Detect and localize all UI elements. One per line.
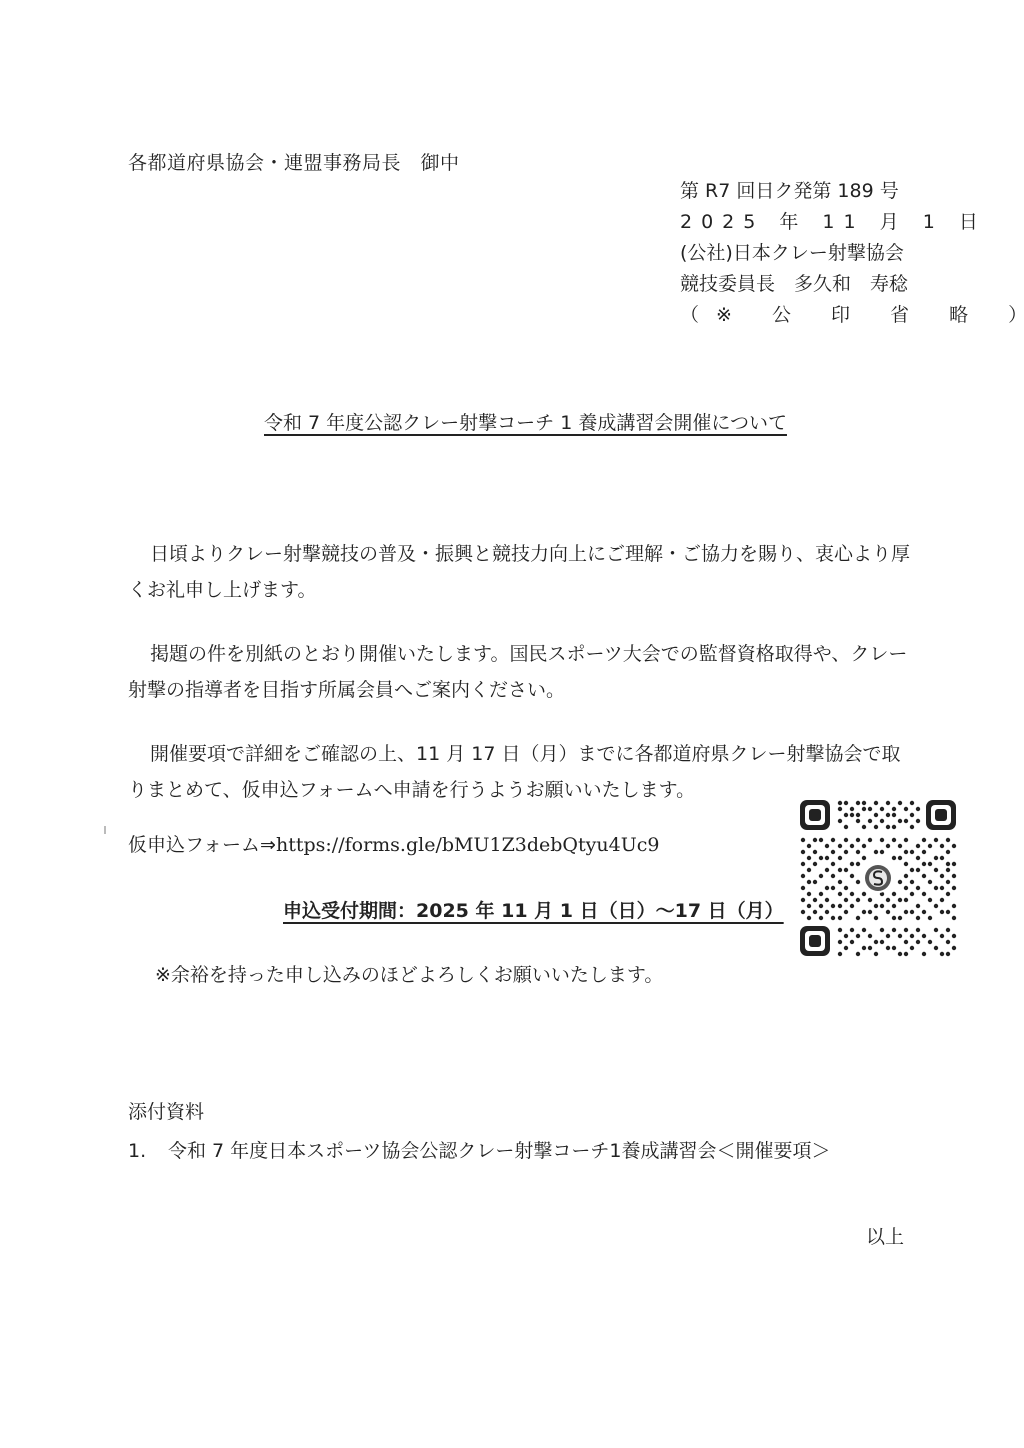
form-url-link[interactable]: https://forms.gle/bMU1Z3debQtyu4Uc9: [276, 834, 659, 856]
qr-code-icon[interactable]: [798, 798, 958, 958]
document-title: 令和 7 年度公認クレー射撃コーチ 1 養成講習会開催について: [264, 408, 787, 435]
paragraph-text: 開催要項で詳細をご確認の上、11 月 17 日（月）までに各都道府県クレー射撃協…: [128, 743, 900, 801]
seal-omitted-note: （※ 公 印 省 略 ）: [680, 300, 1024, 331]
greeting-paragraph: 日頃よりクレー射撃競技の普及・振興と競技力向上にご理解・ご協力を賜り、衷心より厚…: [128, 536, 918, 608]
document-number: 第 R7 回日ク発第 189 号: [680, 176, 1024, 207]
association-emblem-icon: [863, 863, 893, 893]
form-label: 仮申込フォーム⇒: [128, 834, 276, 856]
sender-block: 第 R7 回日ク発第 189 号 2025 年 11 月 1 日 (公社)日本ク…: [680, 176, 1024, 331]
organization-name: (公社)日本クレー射撃協会: [680, 238, 1024, 269]
attachment-number: 1.: [128, 1140, 168, 1162]
closing-mark: 以上: [866, 1222, 904, 1249]
announcement-paragraph: 掲題の件を別紙のとおり開催いたします。国民スポーツ大会での監督資格取得や、クレー…: [128, 636, 918, 708]
form-link-line: 仮申込フォーム⇒https://forms.gle/bMU1Z3debQtyu4…: [128, 830, 659, 857]
advance-notice: ※余裕を持った申し込みのほどよろしくお願いいたします。: [155, 960, 663, 987]
application-period: 申込受付期間：2025 年 11 月 1 日（日）～17 日（月）: [283, 896, 784, 923]
attachment-label: 令和 7 年度日本スポーツ協会公認クレー射撃コーチ1養成講習会＜開催要項＞: [168, 1140, 831, 1162]
attachments-heading: 添付資料: [128, 1097, 204, 1124]
attachment-item: 1.令和 7 年度日本スポーツ協会公認クレー射撃コーチ1養成講習会＜開催要項＞: [128, 1136, 831, 1163]
addressee: 各都道府県協会・連盟事務局長 御中: [128, 148, 460, 175]
paragraph-text: 日頃よりクレー射撃競技の普及・振興と競技力向上にご理解・ご協力を賜り、衷心より厚…: [128, 543, 910, 601]
signatory: 競技委員長 多久和 寿稔: [680, 269, 1024, 300]
paragraph-text: 掲題の件を別紙のとおり開催いたします。国民スポーツ大会での監督資格取得や、クレー…: [128, 643, 907, 701]
scan-artifact: [104, 826, 106, 834]
issue-date: 2025 年 11 月 1 日: [680, 207, 1024, 238]
